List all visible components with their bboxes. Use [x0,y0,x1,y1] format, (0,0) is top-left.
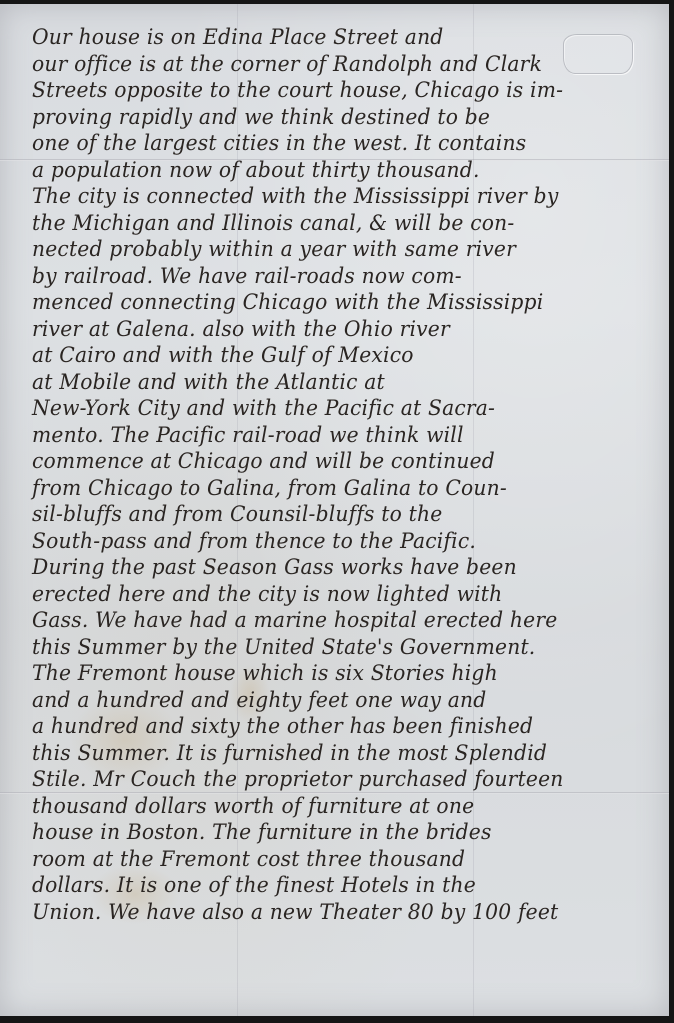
scan-background: Our house is on Edina Place Street and o… [0,0,674,1023]
letter-line: Our house is on Edina Place Street and [32,24,640,51]
letter-line: this Summer. It is furnished in the most… [32,740,640,767]
letter-line: erected here and the city is now lighted… [32,581,640,608]
letter-line: by railroad. We have rail-roads now com- [32,263,640,290]
letter-line: Union. We have also a new Theater 80 by … [32,899,640,926]
letter-line: room at the Fremont cost three thousand [32,846,640,873]
letter-line: the Michigan and Illinois canal, & will … [32,210,640,237]
letter-line: sil-bluffs and from Counsil-bluffs to th… [32,501,640,528]
letter-line: one of the largest cities in the west. I… [32,130,640,157]
letter-line: nected probably within a year with same … [32,236,640,263]
letter-body: Our house is on Edina Place Street and o… [32,24,662,925]
letter-line: The city is connected with the Mississip… [32,183,640,210]
letter-line: and a hundred and eighty feet one way an… [32,687,640,714]
letter-line: commence at Chicago and will be continue… [32,448,640,475]
letter-line: thousand dollars worth of furniture at o… [32,793,640,820]
letter-line: proving rapidly and we think destined to… [32,104,640,131]
letter-line: river at Galena. also with the Ohio rive… [32,316,640,343]
letter-line: mento. The Pacific rail-road we think wi… [32,422,640,449]
letter-line: our office is at the corner of Randolph … [32,51,640,78]
letter-line: Streets opposite to the court house, Chi… [32,77,640,104]
letter-line: a hundred and sixty the other has been f… [32,713,640,740]
letter-line: house in Boston. The furniture in the br… [32,819,640,846]
letter-line: dollars. It is one of the finest Hotels … [32,872,640,899]
letter-line: Stile. Mr Couch the proprietor purchased… [32,766,640,793]
letter-line: During the past Season Gass works have b… [32,554,640,581]
letter-line: menced connecting Chicago with the Missi… [32,289,640,316]
letter-paper: Our house is on Edina Place Street and o… [0,4,669,1016]
letter-line: this Summer by the United State's Govern… [32,634,640,661]
letter-line: South-pass and from thence to the Pacifi… [32,528,640,555]
letter-line: a population now of about thirty thousan… [32,157,640,184]
letter-line: Gass. We have had a marine hospital erec… [32,607,640,634]
letter-line: at Mobile and with the Atlantic at [32,369,640,396]
letter-line: from Chicago to Galina, from Galina to C… [32,475,640,502]
letter-line: New-York City and with the Pacific at Sa… [32,395,640,422]
letter-line: The Fremont house which is six Stories h… [32,660,640,687]
letter-line: at Cairo and with the Gulf of Mexico [32,342,640,369]
